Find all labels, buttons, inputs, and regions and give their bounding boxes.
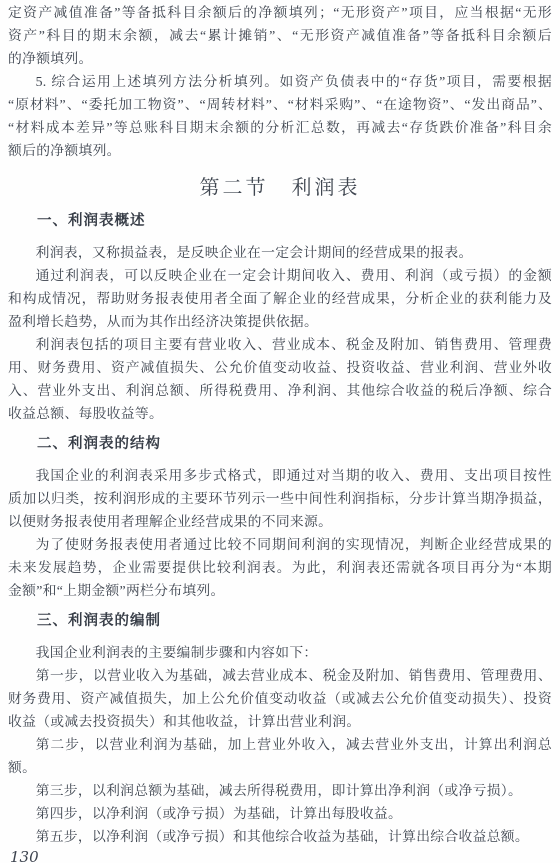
body-line: 利润表包括的项目主要有营业收入、营业成本、税金及附加、销售费用、管理费	[8, 333, 552, 356]
body-line: 质加以归类，按利润形成的主要环节列示一些中间性利润指标，分步计算当期净损益，	[8, 487, 552, 510]
page-content: 定资产减值准备”等备抵科目余额后的净额填列；“无形资产”项目，应当根据“无形资产…	[8, 1, 552, 848]
body-line: 的净额填列。	[8, 47, 552, 70]
section-heading: 一、利润表概述	[8, 210, 552, 233]
section-heading: 二、利润表的结构	[8, 433, 552, 456]
body-line: 入、营业外支出、利润总额、所得税费用、净利润、其他综合收益的税后净额、综合	[8, 379, 552, 402]
section-heading: 三、利润表的编制	[8, 610, 552, 633]
book-page: 定资产减值准备”等备抵科目余额后的净额填列；“无形资产”项目，应当根据“无形资产…	[0, 0, 560, 863]
body-line: 盈利增长趋势，从而为其作出经济决策提供依据。	[8, 310, 552, 333]
body-line: 用、财务费用、资产减值损失、公允价值变动收益、投资收益、营业利润、营业外收	[8, 356, 552, 379]
body-line: 财务费用、资产减值损失，加上公允价值变动收益（或减去公允价值变动损失）、投资	[8, 687, 552, 710]
body-line: 以便财务报表使用者理解企业经营成果的不同来源。	[8, 510, 552, 533]
body-line: 我国企业的利润表采用多步式格式，即通过对当期的收入、费用、支出项目按性	[8, 464, 552, 487]
section-title: 第二节 利润表	[8, 174, 552, 202]
body-line: 第二步，以营业利润为基础，加上营业外收入，减去营业外支出，计算出利润总额。	[8, 733, 552, 779]
body-line: 未来发展趋势，企业需要提供比较利润表。为此，利润表还需就各项目再分为“本期	[8, 556, 552, 579]
body-line: 5. 综合运用上述填列方法分析填列。如资产负债表中的“存货”项目，需要根据	[8, 70, 552, 93]
body-line: 第一步，以营业收入为基础，减去营业成本、税金及附加、销售费用、管理费用、	[8, 664, 552, 687]
body-line: 资产”科目的期末余额，减去“累计摊销”、“无形资产减值准备”等备抵科目余额后	[8, 24, 552, 47]
body-line: 通过利润表，可以反映企业在一定会计期间收入、费用、利润（或亏损）的金额	[8, 264, 552, 287]
body-line: “材料成本差异”等总账科目期末余额的分析汇总数，再减去“存货跌价准备”科目余	[8, 116, 552, 139]
body-line: 第四步，以净利润（或净亏损）为基础，计算出每股收益。	[8, 802, 552, 825]
body-line: 为了使财务报表使用者通过比较不同期间利润的实现情况，判断企业经营成果的	[8, 533, 552, 556]
body-line: 收益（或减去投资损失）和其他收益，计算出营业利润。	[8, 710, 552, 733]
body-line: 收益总额、每股收益等。	[8, 402, 552, 425]
body-line: 我国企业利润表的主要编制步骤和内容如下：	[8, 641, 552, 664]
body-line: 金额”和“上期金额”两栏分布填列。	[8, 579, 552, 602]
body-line: 第五步，以净利润（或净亏损）和其他综合收益为基础，计算出综合收益总额。	[8, 825, 552, 848]
body-line: 和构成情况，帮助财务报表使用者全面了解企业的经营成果，分析企业的获利能力及	[8, 287, 552, 310]
body-line: 定资产减值准备”等备抵科目余额后的净额填列；“无形资产”项目，应当根据“无形	[8, 1, 552, 24]
body-line: 第三步，以利润总额为基础，减去所得税费用，即计算出净利润（或净亏损）。	[8, 779, 552, 802]
body-line: 利润表，又称损益表，是反映企业在一定会计期间的经营成果的报表。	[8, 241, 552, 264]
body-line: 额后的净额填列。	[8, 139, 552, 162]
body-line: “原材料”、“委托加工物资”、“周转材料”、“材料采购”、“在途物资”、“发出商…	[8, 93, 552, 116]
page-number: 130	[8, 850, 552, 863]
